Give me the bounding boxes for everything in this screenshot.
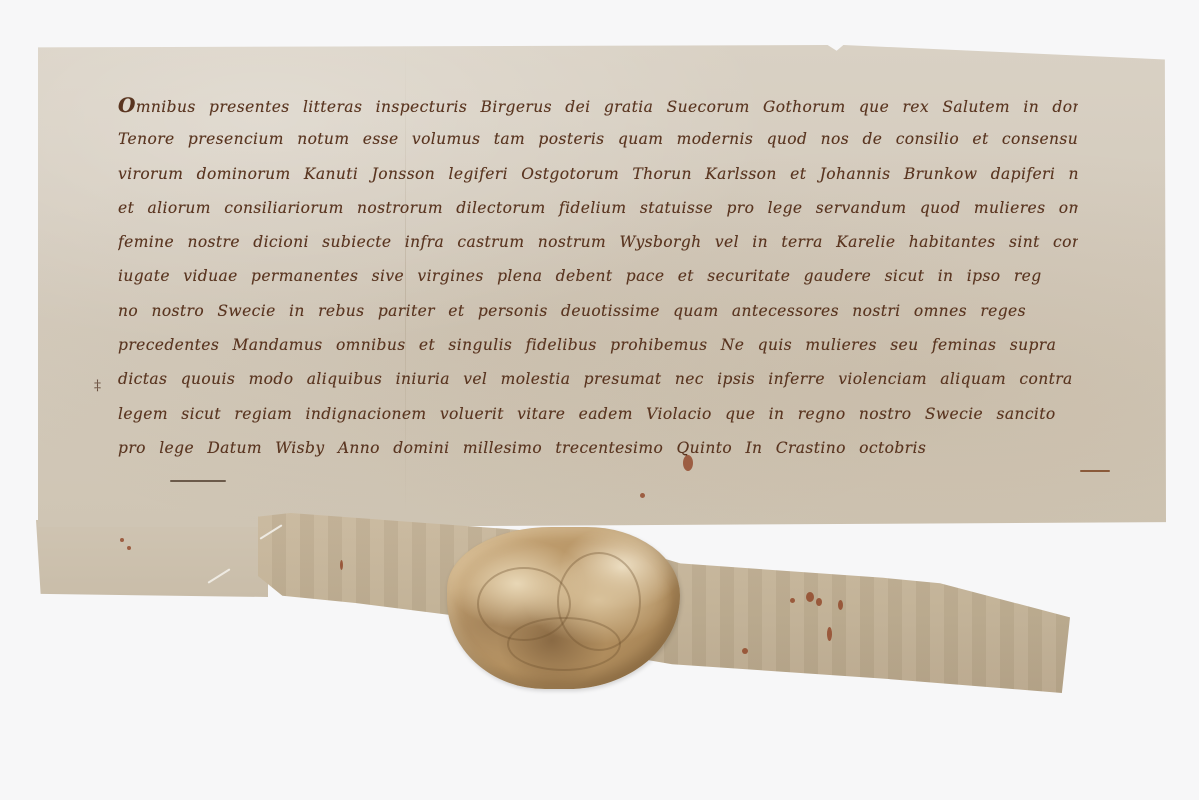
stain	[640, 493, 645, 498]
text-line: no nostro Swecie in rebus pariter et per…	[118, 294, 1078, 328]
text-line: Tenore presencium notum esse volumus tam…	[118, 122, 1078, 156]
text-line: et aliorum consiliariorum nostrorum dile…	[118, 191, 1078, 225]
stain	[742, 648, 748, 654]
wax-seal	[447, 527, 680, 689]
stain	[816, 598, 822, 606]
text-line: femine nostre dicioni subiecte infra cas…	[118, 225, 1078, 259]
stain	[790, 598, 795, 603]
pen-stroke	[170, 480, 226, 482]
seal-relief	[507, 617, 621, 671]
text-line: dictas quouis modo aliquibus iniuria vel…	[118, 362, 1078, 396]
line-filler-stroke	[1080, 470, 1110, 472]
stain	[806, 592, 814, 602]
stain	[340, 560, 343, 570]
stain	[838, 600, 843, 610]
text-line: Omnibus presentes litteras inspecturis B…	[118, 88, 1078, 122]
charter-text: Omnibus presentes litteras inspecturis B…	[118, 88, 1078, 465]
photo-stage: Omnibus presentes litteras inspecturis B…	[0, 0, 1199, 800]
text-line: precedentes Mandamus omnibus et singulis…	[118, 328, 1078, 362]
stain	[127, 546, 131, 550]
stain	[120, 538, 124, 542]
text-line: iugate viduae permanentes sive virgines …	[118, 259, 1078, 293]
text-line: legem sicut regiam indignacionem volueri…	[118, 397, 1078, 431]
stain	[827, 627, 832, 641]
parchment-lower-fold	[36, 520, 268, 597]
margin-mark: ‡	[94, 378, 101, 394]
text-line: pro lege Datum Wisby Anno domini millesi…	[118, 431, 1078, 465]
text-line: virorum dominorum Kanuti Jonsson legifer…	[118, 157, 1078, 191]
